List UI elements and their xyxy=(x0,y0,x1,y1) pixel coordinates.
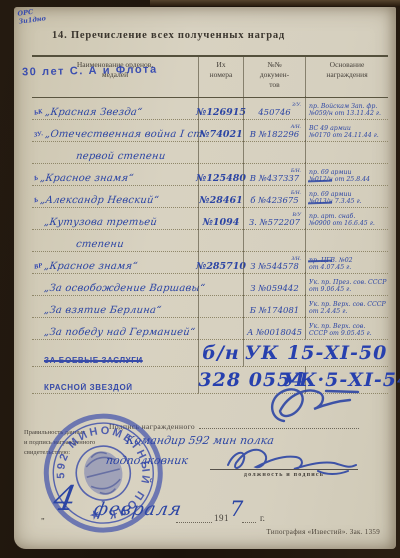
award-name-cell: первой степени xyxy=(32,141,198,164)
basis-cell: пр. ЦГВ. №02от 4.07.45 г. xyxy=(305,250,388,274)
award-name-cell: ЬК„Красная Звезда“ xyxy=(32,97,198,120)
award-name: „За освобождение Варшавы“ xyxy=(43,283,205,294)
award-name-cell: „Кутузова третьей xyxy=(32,207,198,230)
award-name: „За взятие Берлина“ xyxy=(43,305,162,316)
col-header-doc: №№ докумен- тов xyxy=(243,57,305,97)
award-number: №126915 xyxy=(196,107,246,118)
basis-line: от 9.06.45 г. xyxy=(309,286,351,294)
award-number-cell xyxy=(198,229,243,252)
award-row: „За победу над Германией“А №0018045Ук. п… xyxy=(32,318,388,340)
award-number-cell: №74021 xyxy=(198,119,243,142)
award-number: №285710 xyxy=(196,261,246,272)
date-dotted-line xyxy=(176,522,212,523)
section-title-text: Перечисление всех полученных наград xyxy=(71,30,285,41)
award-name: „Александр Невский“ xyxy=(39,195,159,206)
award-number: №28461 xyxy=(199,195,242,206)
date-open-quote: „ xyxy=(41,512,45,521)
margin-mark: ВР xyxy=(33,262,43,271)
basis-line: пр. 69 армии xyxy=(309,191,351,199)
basis-line: пр. 69 армии xyxy=(309,169,351,177)
date-year-suffix: г. xyxy=(260,513,265,523)
basis-cell: ВС 49 армии№0170 от 24.11.44 г. xyxy=(305,118,388,142)
award-name: Красной звездой xyxy=(44,383,133,392)
doc-number: В №182296 xyxy=(250,130,299,140)
basis-cell: пр. Войскам Зап. фр.№059/н от 13.11.42 г… xyxy=(305,96,388,120)
award-number-cell: №126915 xyxy=(198,97,243,120)
date-year-handwritten-digit: 7 xyxy=(230,497,243,521)
basis-cell: пр. 69 армии№013/н 7.3.45 г. xyxy=(305,184,388,208)
margin-mark: Ь xyxy=(33,197,38,205)
doc-number: З. №572207 xyxy=(249,218,300,228)
doc-number: З №059442 xyxy=(250,284,299,294)
award-row: первой степени xyxy=(32,142,388,164)
award-name-cell: За боевые заслуги xyxy=(32,339,198,367)
award-number-cell: №1094 xyxy=(198,207,243,230)
basis-line: от 2.4.45 г. xyxy=(309,308,347,316)
award-name: „Красная Звезда“ xyxy=(44,107,143,118)
basis-cell: Ук. пр. Верх. сов.СССР от 9.05.45 г. xyxy=(305,316,388,340)
basis-cell: Ук. пр. Верх. сов. СССРот 2.4.45 г. xyxy=(305,294,388,318)
doc-number: З №544578 xyxy=(250,262,299,272)
margin-mark: ЬК xyxy=(33,108,43,117)
award-number: №74021 xyxy=(199,129,242,140)
basis-cell: пр. 69 армии№012/н от 25.8.44 xyxy=(305,162,388,186)
corner-handwritten-note: ОРС Зи1дно xyxy=(17,7,46,26)
doc-number-cell: Б №174081 xyxy=(243,295,305,318)
award-name-cell: Красной звездой xyxy=(32,366,198,394)
award-row: „За освобождение Варшавы“З №059442Ук. пр… xyxy=(32,274,388,296)
award-name: степени xyxy=(75,239,124,250)
doc-number-cell: Б/Н.В №437337 xyxy=(243,163,305,186)
award-number-cell xyxy=(198,317,243,340)
award-name-cell: „За победу над Германией“ xyxy=(32,317,198,340)
doc-number: В №437337 xyxy=(250,174,299,184)
basis-line: Ук. пр. Верх. сов. xyxy=(309,323,365,331)
photo-edge-sliver xyxy=(150,0,400,6)
date-dotted-line-2 xyxy=(242,522,256,523)
award-row: „Кутузова третьей№1094В/УЗ. №572207пр. а… xyxy=(32,208,388,230)
award-row: ЬК„Красная Звезда“№126915З/У.450746пр. В… xyxy=(32,98,388,120)
award-number-cell xyxy=(198,295,243,318)
basis-line: пр. арт. снаб. xyxy=(309,213,355,221)
date-month-handwritten: февраля xyxy=(92,499,184,520)
basis-cell xyxy=(305,140,388,164)
award-name: „Красное знамя“ xyxy=(39,173,134,184)
award-number-cell xyxy=(198,273,243,296)
doc-number: 450746 xyxy=(258,108,290,118)
basis-line: Ук. пр. Верх. сов. СССР xyxy=(309,301,386,309)
award-name-cell: ЗУ.„Отечественная война I ст xyxy=(32,119,198,142)
position-and-signature-label: должность и подпись xyxy=(210,469,358,478)
award-name-cell: Ь„Александр Невский“ xyxy=(32,185,198,208)
award-name: „За победу над Германией“ xyxy=(43,327,195,338)
basis-line: ВС 49 армии xyxy=(309,125,351,133)
doc-number-cell: А №0018045 xyxy=(243,317,305,340)
doc-number-cell xyxy=(243,229,305,252)
doc-series-note: З/У. xyxy=(292,103,301,109)
awards-table-header: Наименование орденов, медалей Их номера … xyxy=(32,57,388,98)
section-title: 14. Перечисление всех полученных наград xyxy=(52,30,285,41)
award-row: ЗУ.„Отечественная война I ст№74021А/Н.В … xyxy=(32,120,388,142)
award-number-cell: №28461 xyxy=(198,185,243,208)
award-name-cell: „За освобождение Варшавы“ xyxy=(32,273,198,296)
award-name-cell: ВР„Красное знамя“ xyxy=(32,251,198,274)
award-name: первой степени xyxy=(75,151,166,162)
award-row: ВР„Красное знамя“№285710З/Н.З №544578пр.… xyxy=(32,252,388,274)
margin-mark: Ь xyxy=(33,175,38,183)
doc-number: Б №174081 xyxy=(250,306,299,316)
doc-number-cell: А/Н.В №182296 xyxy=(243,119,305,142)
document-paper: ОРС Зи1дно 14. Перечисление всех получен… xyxy=(14,7,396,549)
basis-cell: пр. арт. снаб.№0900 от 16.6.45 г. xyxy=(305,206,388,230)
basis-line: №059/н от 13.11.42 г. xyxy=(309,110,381,118)
award-row: „За взятие Берлина“Б №174081Ук. пр. Верх… xyxy=(32,296,388,318)
date-year-printed: 191 xyxy=(214,513,229,523)
basis-cell xyxy=(305,228,388,252)
award-name: „Красное знамя“ xyxy=(44,261,139,272)
award-rows: ЬК„Красная Звезда“№126915З/У.450746пр. В… xyxy=(32,98,388,394)
dotted-signature-line xyxy=(199,420,359,429)
doc-number-cell: В/УЗ. №572207 xyxy=(243,207,305,230)
award-number: №1094 xyxy=(203,217,240,228)
award-name: „Кутузова третьей xyxy=(43,217,157,228)
photo-background: ОРС Зи1дно 14. Перечисление всех получен… xyxy=(0,0,400,558)
basis-line: №012/н от 25.8.44 xyxy=(309,176,370,184)
basis-line: пр. Войскам Зап. фр. xyxy=(309,103,377,111)
award-big-value: б/н xyxy=(198,339,243,367)
doc-number-cell: З/У.450746 xyxy=(243,97,305,120)
margin-mark: ЗУ. xyxy=(33,130,43,139)
doc-number-cell xyxy=(243,141,305,164)
award-row: степени xyxy=(32,230,388,252)
award-number-cell: №125480 xyxy=(198,163,243,186)
award-big-value: УК 15-XI-50 xyxy=(243,339,388,367)
award-name-cell: степени xyxy=(32,229,198,252)
award-row: За боевые заслугиб/нУК 15-XI-50 xyxy=(32,340,388,367)
awards-table: Наименование орденов, медалей Их номера … xyxy=(32,55,388,394)
doc-number-cell: З №059442 xyxy=(243,273,305,296)
award-number: №125480 xyxy=(196,173,246,184)
doc-number: б №423675 xyxy=(250,196,298,206)
basis-line: от 4.07.45 г. xyxy=(309,264,351,272)
print-shop-imprint: Типография «Известий». Зак. 1359 xyxy=(267,528,380,536)
award-row: Ь„Красное знамя“№125480Б/Н.В №437337пр. … xyxy=(32,164,388,186)
basis-line: №0170 от 24.11.44 г. xyxy=(309,132,379,140)
unit-round-stamp: 592 МИНОМЕТНЫЙ ПОЛК ★ xyxy=(13,389,195,558)
basis-line: №0900 от 16.6.45 г. xyxy=(309,220,375,228)
award-row: Ь„Александр Невский“№28461Б/Н.б №423675п… xyxy=(32,186,388,208)
basis-line: Ук. пр. През. сов. СССР xyxy=(309,279,386,287)
corner-note-line2: Зи1дно xyxy=(18,15,46,26)
basis-line: пр. ЦГВ. №02 xyxy=(309,257,353,265)
basis-line: №013/н 7.3.45 г. xyxy=(309,198,362,206)
section-number: 14. xyxy=(52,30,68,41)
doc-number-cell: З/Н.З №544578 xyxy=(243,251,305,274)
award-name-cell: Ь„Красное знамя“ xyxy=(32,163,198,186)
basis-line: СССР от 9.05.45 г. xyxy=(309,330,372,338)
award-name: „Отечественная война I ст xyxy=(44,129,203,140)
award-name: За боевые заслуги xyxy=(44,356,143,365)
award-number-cell xyxy=(198,141,243,164)
col-header-basis: Основание награждения xyxy=(305,57,388,97)
col-header-number: Их номера xyxy=(198,57,243,97)
doc-number: А №0018045 xyxy=(247,328,302,338)
stamp-emblem xyxy=(80,447,128,499)
award-name-cell: „За взятие Берлина“ xyxy=(32,295,198,318)
doc-number-cell: Б/Н.б №423675 xyxy=(243,185,305,208)
award-number-cell: №285710 xyxy=(198,251,243,274)
basis-cell: Ук. пр. През. сов. СССРот 9.06.45 г. xyxy=(305,272,388,296)
